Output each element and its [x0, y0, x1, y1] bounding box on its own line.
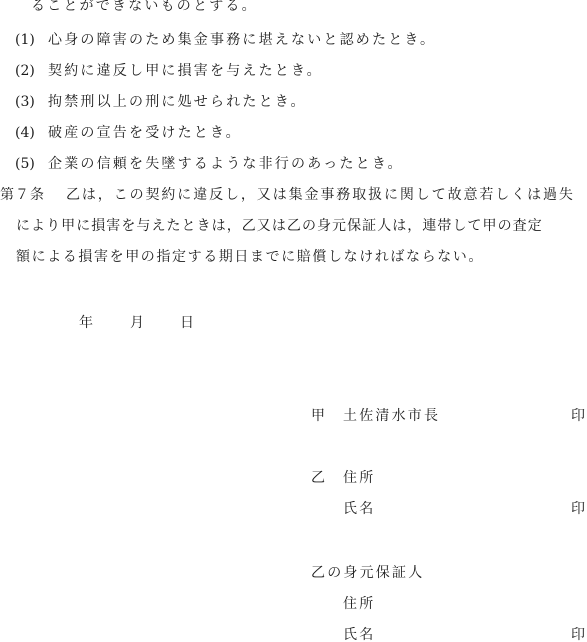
item-number: (1)	[15, 31, 35, 49]
party-a-name: 土佐清水市長	[343, 407, 440, 425]
article-line: 額による損害を甲の指定する期日までに賠償しなければならない。	[16, 248, 484, 266]
seal-mark: 印	[571, 407, 585, 425]
item-text: 拘禁刑以上の刑に処せられたとき。	[48, 93, 307, 111]
item-text: 心身の障害のため集金事務に堪えないと認めたとき。	[48, 31, 436, 49]
date-month: 月	[130, 314, 146, 332]
party-b-address-label: 住所	[343, 469, 375, 487]
guarantor-name-label: 氏名	[343, 626, 375, 642]
article-line: 乙は，この契約に違反し，又は集金事務取扱に関して故意若しくは過失	[66, 186, 575, 204]
item-number: (5)	[15, 155, 35, 173]
item-text: 契約に違反し甲に損害を与えたとき。	[48, 62, 323, 80]
continuation-text: ることができないものとする。	[31, 0, 258, 15]
date-year: 年	[79, 314, 95, 332]
party-b-label: 乙	[311, 469, 327, 487]
party-a-label: 甲	[311, 407, 327, 425]
seal-mark: 印	[571, 500, 585, 518]
party-b-name-label: 氏名	[343, 500, 375, 518]
date-day: 日	[180, 314, 196, 332]
article-line: により甲に損害を与えたときは，乙又は乙の身元保証人は，連帯して甲の査定	[16, 217, 543, 235]
guarantor-address-label: 住所	[343, 595, 375, 613]
article-heading: 第７条	[0, 186, 45, 204]
item-number: (4)	[15, 124, 35, 142]
guarantor-label: 乙の身元保証人	[311, 564, 424, 582]
item-number: (2)	[15, 62, 35, 80]
item-text: 企業の信頼を失墜するような非行のあったとき。	[48, 155, 404, 173]
seal-mark: 印	[571, 626, 585, 642]
item-number: (3)	[15, 93, 35, 111]
item-text: 破産の宣告を受けたとき。	[48, 124, 242, 142]
